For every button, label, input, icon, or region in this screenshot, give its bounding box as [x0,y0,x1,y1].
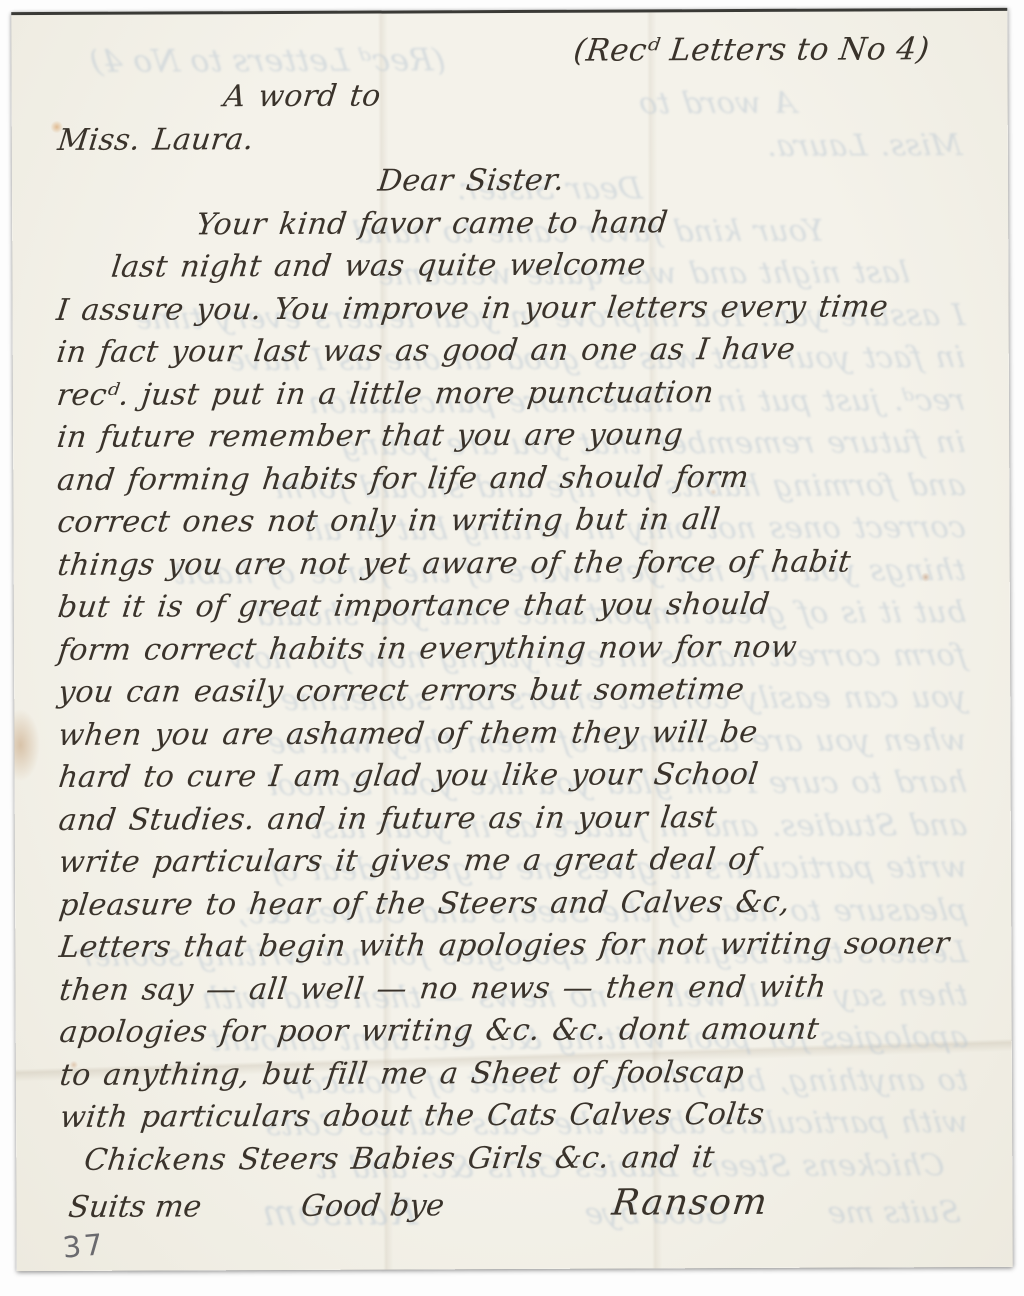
letter-line: in future remember that you are young [55,413,978,460]
letter-content: (Recᵈ Letters to No 4) A word to Miss. L… [11,11,1012,1271]
pencil-page-number: 37 [61,1227,107,1265]
closing-left: Suits me [67,1189,204,1225]
letter-line: hard to cure I am glad you like your Sch… [56,753,979,800]
closing-farewell: Good bye [299,1188,446,1224]
letter-line: to anything, but fill me a Sheet of fool… [57,1050,980,1097]
letter-line: write particulars it gives me a great de… [56,838,979,885]
heading-addressee: Miss. Laura. [55,115,976,162]
signature: Ransom [610,1182,771,1224]
letter-line: Your kind favor came to hand [194,200,977,246]
letter-line: then say — all well — no news — then end… [57,965,980,1012]
letter-line: and Studies. and in future as in your la… [56,795,979,842]
letter-line: pleasure to hear of the Steers and Calve… [57,880,980,927]
letter-line: with particulars about the Cats Calves C… [58,1093,981,1140]
heading-a-word-to: A word to [221,73,976,119]
letter-line: Letters that begin with apologies for no… [57,923,980,970]
letter-line: I assure you. You improve in your letter… [54,285,977,332]
letter-line: things you are not yet aware of the forc… [55,540,978,587]
letter-line: last night and was quite welcome [109,243,977,289]
letter-line: correct ones not only in writing but in … [55,498,978,545]
salutation: Dear Sister. [375,158,976,203]
letter-line: Chickens Steers Babies Girls &c. and it [82,1135,981,1181]
letter-line: and forming habits for life and should f… [55,455,978,502]
letter-line: when you are ashamed of them they will b… [56,710,979,757]
letter-line: but it is of great importance that you s… [55,583,978,630]
letter-line: you can easily correct errors but someti… [56,668,979,715]
filing-annotation: (Recᵈ Letters to No 4) [53,25,977,77]
letter-line: apologies for poor writing &c. &c. dont … [57,1008,980,1055]
letter-line: form correct habits in everything now fo… [56,625,979,672]
letter-line: in fact your last was as good an one as … [54,328,977,375]
closing-line: Suits meGood byeRansom [57,1178,981,1236]
letter-page: (Recᵈ Letters to No 4) A word to Miss. L… [11,8,1012,1271]
letter-line: recᵈ. just put in a little more punctuat… [54,370,977,417]
